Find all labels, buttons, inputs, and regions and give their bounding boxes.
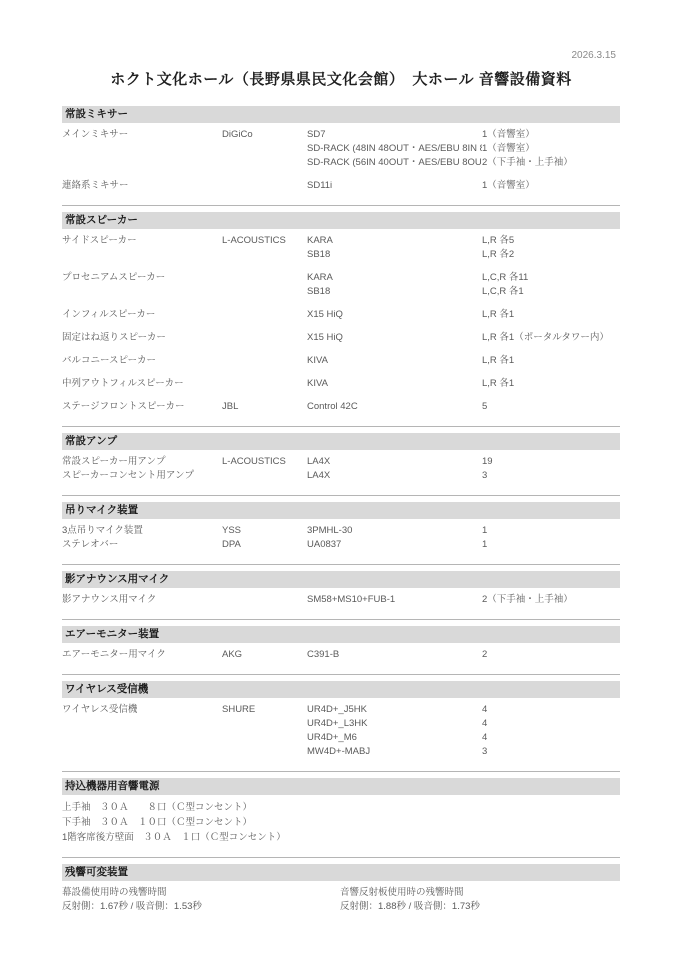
equipment-row: SD-RACK (56IN 40OUT・AES/EBU 8OUT) 2（下手袖・… — [62, 156, 620, 170]
reverb-value: 反射側：1.88秒 / 吸音側：1.73秒 — [340, 900, 620, 914]
model-cell: SD7 — [307, 128, 482, 142]
row-group-gap — [62, 322, 620, 331]
item-cell: エアーモニター用マイク — [62, 648, 222, 662]
maker-cell: SHURE — [222, 703, 307, 717]
model-cell: LA4X — [307, 469, 482, 483]
section-divider — [62, 205, 620, 206]
maker-cell — [222, 271, 307, 285]
qty-cell: 1 — [482, 524, 620, 538]
qty-cell: L,R 各1（ポータルタワー内） — [482, 331, 620, 345]
reverb-label: 音響反射板使用時の残響時間 — [340, 886, 620, 900]
reverb-columns: 幕設備使用時の残響時間 反射側：1.67秒 / 吸音側：1.53秒 音響反射板使… — [62, 886, 620, 914]
item-cell — [62, 156, 222, 170]
equipment-row: 固定はね返りスピーカー X15 HiQ L,R 各1（ポータルタワー内） — [62, 331, 620, 345]
model-cell: SM58+MS10+FUB-1 — [307, 593, 482, 607]
model-cell: KARA — [307, 234, 482, 248]
section-speakers: 常設スピーカー サイドスピーカー L-ACOUSTICS KARA L,R 各5… — [62, 205, 620, 414]
reverb-label: 幕設備使用時の残響時間 — [62, 886, 340, 900]
document-page: 2026.3.15 ホクト文化ホール（長野県県民文化会館） 大ホール 音響設備資… — [0, 0, 680, 962]
section-power-outlets: 持込機器用音響電源 上手袖 ３０Ａ ８口（Ｃ型コンセント） 下手袖 ３０Ａ １０… — [62, 771, 620, 845]
equipment-row: UR4D+_M6 4 — [62, 731, 620, 745]
qty-cell: 4 — [482, 703, 620, 717]
section-rows: ワイヤレス受信機 SHURE UR4D+_J5HK 4 UR4D+_L3HK 4… — [62, 703, 620, 759]
maker-cell — [222, 331, 307, 345]
item-cell: 中列アウトフィルスピーカー — [62, 377, 222, 391]
maker-cell — [222, 731, 307, 745]
maker-cell — [222, 745, 307, 759]
item-cell — [62, 142, 222, 156]
equipment-row: 中列アウトフィルスピーカー KIVA L,R 各1 — [62, 377, 620, 391]
item-cell — [62, 285, 222, 299]
maker-cell — [222, 593, 307, 607]
model-cell: KARA — [307, 271, 482, 285]
model-cell: KIVA — [307, 354, 482, 368]
document-title: ホクト文化ホール（長野県県民文化会館） 大ホール 音響設備資料 — [62, 68, 620, 89]
qty-cell: 2（下手袖・上手袖） — [482, 156, 620, 170]
equipment-row: ワイヤレス受信機 SHURE UR4D+_J5HK 4 — [62, 703, 620, 717]
section-divider — [62, 564, 620, 565]
maker-cell — [222, 179, 307, 193]
qty-cell: L,R 各1 — [482, 354, 620, 368]
qty-cell: 19 — [482, 455, 620, 469]
maker-cell — [222, 142, 307, 156]
maker-cell — [222, 717, 307, 731]
qty-cell: 2（下手袖・上手袖） — [482, 593, 620, 607]
qty-cell: 3 — [482, 745, 620, 759]
item-cell: メインミキサー — [62, 128, 222, 142]
maker-cell: DPA — [222, 538, 307, 552]
equipment-row: スピーカーコンセント用アンプ LA4X 3 — [62, 469, 620, 483]
item-cell — [62, 717, 222, 731]
item-cell: ステージフロントスピーカー — [62, 400, 222, 414]
section-amplifiers: 常設アンプ 常設スピーカー用アンプ L-ACOUSTICS LA4X 19 スピ… — [62, 426, 620, 483]
qty-cell: L,C,R 各1 — [482, 285, 620, 299]
model-cell: UA0837 — [307, 538, 482, 552]
section-divider — [62, 857, 620, 858]
qty-cell: L,R 各1 — [482, 308, 620, 322]
qty-cell: 2 — [482, 648, 620, 662]
item-cell: ステレオバー — [62, 538, 222, 552]
maker-cell — [222, 354, 307, 368]
section-heading: エアーモニター装置 — [62, 626, 620, 643]
section-heading: 影アナウンス用マイク — [62, 571, 620, 588]
maker-cell: YSS — [222, 524, 307, 538]
power-outlet-line: 1階客席後方壁面 ３０Ａ １口（Ｃ型コンセント） — [62, 830, 620, 845]
equipment-row: メインミキサー DiGiCo SD7 1（音響室） — [62, 128, 620, 142]
section-heading: 常設スピーカー — [62, 212, 620, 229]
maker-cell: L-ACOUSTICS — [222, 455, 307, 469]
equipment-row: SB18 L,C,R 各1 — [62, 285, 620, 299]
maker-cell — [222, 248, 307, 262]
equipment-row: 連絡系ミキサー SD11i 1（音響室） — [62, 179, 620, 193]
qty-cell: L,R 各1 — [482, 377, 620, 391]
maker-cell: AKG — [222, 648, 307, 662]
equipment-row: 常設スピーカー用アンプ L-ACOUSTICS LA4X 19 — [62, 455, 620, 469]
model-cell: SB18 — [307, 248, 482, 262]
section-reverb: 残響可変装置 幕設備使用時の残響時間 反射側：1.67秒 / 吸音側：1.53秒… — [62, 857, 620, 914]
section-heading: 持込機器用音響電源 — [62, 778, 620, 795]
item-cell: ワイヤレス受信機 — [62, 703, 222, 717]
item-cell: 影アナウンス用マイク — [62, 593, 222, 607]
row-group-gap — [62, 391, 620, 400]
equipment-row: ステージフロントスピーカー JBL Control 42C 5 — [62, 400, 620, 414]
section-divider — [62, 619, 620, 620]
item-cell: 常設スピーカー用アンプ — [62, 455, 222, 469]
maker-cell: DiGiCo — [222, 128, 307, 142]
model-cell: SD11i — [307, 179, 482, 193]
power-outlet-line: 下手袖 ３０Ａ １０口（Ｃ型コンセント） — [62, 815, 620, 830]
equipment-row: プロセニアムスピーカー KARA L,C,R 各11 — [62, 271, 620, 285]
model-cell: KIVA — [307, 377, 482, 391]
model-cell: 3PMHL-30 — [307, 524, 482, 538]
model-cell: Control 42C — [307, 400, 482, 414]
section-hanging-mics: 吊りマイク装置 3点吊りマイク装置 YSS 3PMHL-30 1 ステレオバー … — [62, 495, 620, 552]
section-rows: エアーモニター用マイク AKG C391-B 2 — [62, 648, 620, 662]
item-cell: サイドスピーカー — [62, 234, 222, 248]
section-divider — [62, 495, 620, 496]
section-divider — [62, 771, 620, 772]
reverb-curtain-column: 幕設備使用時の残響時間 反射側：1.67秒 / 吸音側：1.53秒 — [62, 886, 340, 914]
equipment-row: SD-RACK (48IN 48OUT・AES/EBU 8IN 8OUT) 1（… — [62, 142, 620, 156]
equipment-row: SB18 L,R 各2 — [62, 248, 620, 262]
reverb-reflector-column: 音響反射板使用時の残響時間 反射側：1.88秒 / 吸音側：1.73秒 — [340, 886, 620, 914]
equipment-row: ステレオバー DPA UA0837 1 — [62, 538, 620, 552]
reverb-value: 反射側：1.67秒 / 吸音側：1.53秒 — [62, 900, 340, 914]
equipment-row: UR4D+_L3HK 4 — [62, 717, 620, 731]
section-heading: 吊りマイク装置 — [62, 502, 620, 519]
item-cell — [62, 731, 222, 745]
model-cell: LA4X — [307, 455, 482, 469]
equipment-row: 3点吊りマイク装置 YSS 3PMHL-30 1 — [62, 524, 620, 538]
qty-cell: 1（音響室） — [482, 142, 620, 156]
maker-cell: JBL — [222, 400, 307, 414]
maker-cell — [222, 285, 307, 299]
section-air-monitor: エアーモニター装置 エアーモニター用マイク AKG C391-B 2 — [62, 619, 620, 662]
document-content: 2026.3.15 ホクト文化ホール（長野県県民文化会館） 大ホール 音響設備資… — [62, 0, 620, 914]
model-cell: UR4D+_M6 — [307, 731, 482, 745]
model-cell: MW4D+-MABJ — [307, 745, 482, 759]
section-divider — [62, 426, 620, 427]
section-rows: メインミキサー DiGiCo SD7 1（音響室） SD-RACK (48IN … — [62, 128, 620, 193]
qty-cell: 1（音響室） — [482, 179, 620, 193]
qty-cell: 1 — [482, 538, 620, 552]
model-cell: SD-RACK (56IN 40OUT・AES/EBU 8OUT) — [307, 156, 482, 170]
maker-cell — [222, 156, 307, 170]
model-cell: C391-B — [307, 648, 482, 662]
maker-cell — [222, 377, 307, 391]
equipment-row: サイドスピーカー L-ACOUSTICS KARA L,R 各5 — [62, 234, 620, 248]
qty-cell: 4 — [482, 731, 620, 745]
section-mixers: 常設ミキサー メインミキサー DiGiCo SD7 1（音響室） SD-RACK… — [62, 106, 620, 193]
model-cell: UR4D+_L3HK — [307, 717, 482, 731]
qty-cell: L,C,R 各11 — [482, 271, 620, 285]
equipment-row: エアーモニター用マイク AKG C391-B 2 — [62, 648, 620, 662]
qty-cell: L,R 各5 — [482, 234, 620, 248]
section-rows: 影アナウンス用マイク SM58+MS10+FUB-1 2（下手袖・上手袖） — [62, 593, 620, 607]
row-group-gap — [62, 345, 620, 354]
qty-cell: 4 — [482, 717, 620, 731]
model-cell: X15 HiQ — [307, 308, 482, 322]
item-cell: 連絡系ミキサー — [62, 179, 222, 193]
section-wireless-receivers: ワイヤレス受信機 ワイヤレス受信機 SHURE UR4D+_J5HK 4 UR4… — [62, 674, 620, 759]
item-cell: バルコニースピーカー — [62, 354, 222, 368]
section-announce-mic: 影アナウンス用マイク 影アナウンス用マイク SM58+MS10+FUB-1 2（… — [62, 564, 620, 607]
equipment-row: MW4D+-MABJ 3 — [62, 745, 620, 759]
qty-cell: 5 — [482, 400, 620, 414]
maker-cell — [222, 469, 307, 483]
model-cell: UR4D+_J5HK — [307, 703, 482, 717]
row-group-gap — [62, 262, 620, 271]
section-heading: ワイヤレス受信機 — [62, 681, 620, 698]
qty-cell: 1（音響室） — [482, 128, 620, 142]
item-cell: インフィルスピーカー — [62, 308, 222, 322]
section-heading: 常設ミキサー — [62, 106, 620, 123]
equipment-row: バルコニースピーカー KIVA L,R 各1 — [62, 354, 620, 368]
item-cell — [62, 248, 222, 262]
section-heading: 常設アンプ — [62, 433, 620, 450]
power-outlet-line: 上手袖 ３０Ａ ８口（Ｃ型コンセント） — [62, 800, 620, 815]
row-group-gap — [62, 170, 620, 179]
model-cell: SD-RACK (48IN 48OUT・AES/EBU 8IN 8OUT) — [307, 142, 482, 156]
item-cell: 3点吊りマイク装置 — [62, 524, 222, 538]
qty-cell: L,R 各2 — [482, 248, 620, 262]
equipment-row: 影アナウンス用マイク SM58+MS10+FUB-1 2（下手袖・上手袖） — [62, 593, 620, 607]
model-cell: SB18 — [307, 285, 482, 299]
item-cell: 固定はね返りスピーカー — [62, 331, 222, 345]
maker-cell — [222, 308, 307, 322]
section-rows: 3点吊りマイク装置 YSS 3PMHL-30 1 ステレオバー DPA UA08… — [62, 524, 620, 552]
model-cell: X15 HiQ — [307, 331, 482, 345]
document-date: 2026.3.15 — [62, 0, 620, 61]
section-heading: 残響可変装置 — [62, 864, 620, 881]
section-divider — [62, 674, 620, 675]
section-rows: サイドスピーカー L-ACOUSTICS KARA L,R 各5 SB18 L,… — [62, 234, 620, 414]
row-group-gap — [62, 299, 620, 308]
equipment-row: インフィルスピーカー X15 HiQ L,R 各1 — [62, 308, 620, 322]
section-rows: 常設スピーカー用アンプ L-ACOUSTICS LA4X 19 スピーカーコンセ… — [62, 455, 620, 483]
item-cell: スピーカーコンセント用アンプ — [62, 469, 222, 483]
maker-cell: L-ACOUSTICS — [222, 234, 307, 248]
qty-cell: 3 — [482, 469, 620, 483]
row-group-gap — [62, 368, 620, 377]
item-cell: プロセニアムスピーカー — [62, 271, 222, 285]
item-cell — [62, 745, 222, 759]
power-outlet-lines: 上手袖 ３０Ａ ８口（Ｃ型コンセント） 下手袖 ３０Ａ １０口（Ｃ型コンセント）… — [62, 800, 620, 845]
